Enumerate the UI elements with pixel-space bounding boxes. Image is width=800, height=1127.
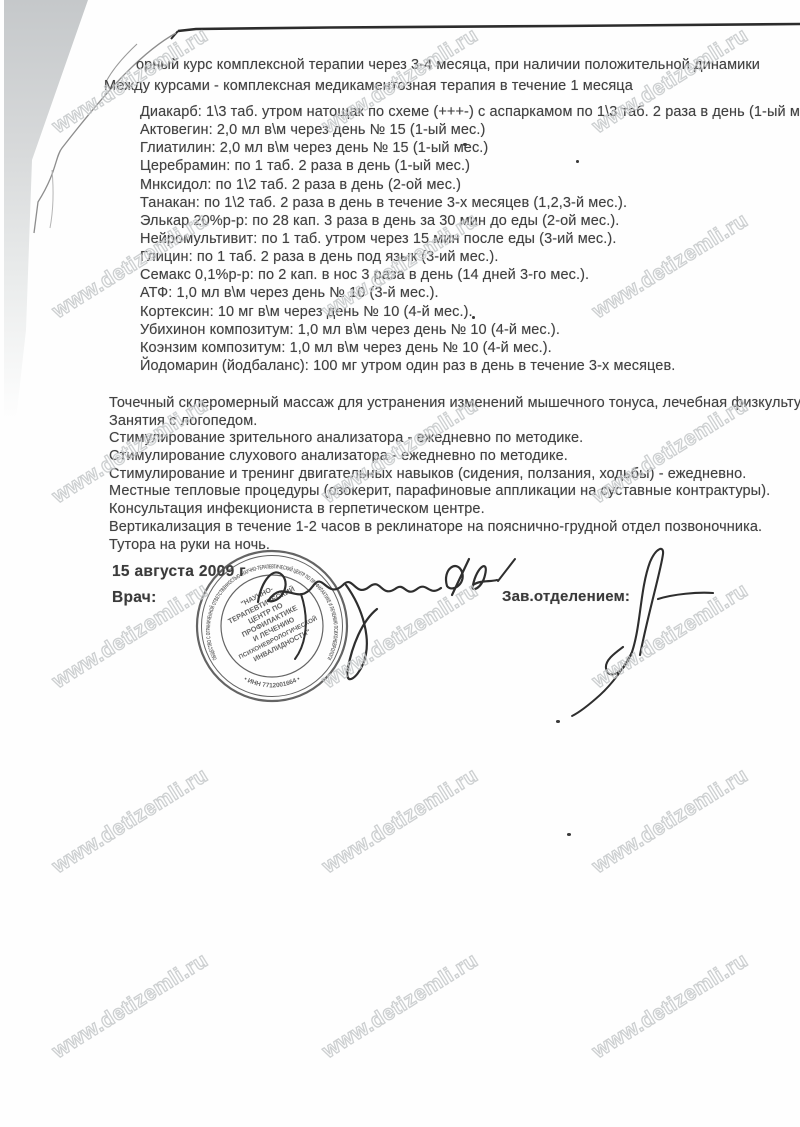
head-of-department-signature [498,549,713,716]
scanned-document-page: орный курс комплексной терапии через 3-4… [0,0,800,1127]
doctor-signature [258,559,497,679]
signatures [0,0,800,1127]
